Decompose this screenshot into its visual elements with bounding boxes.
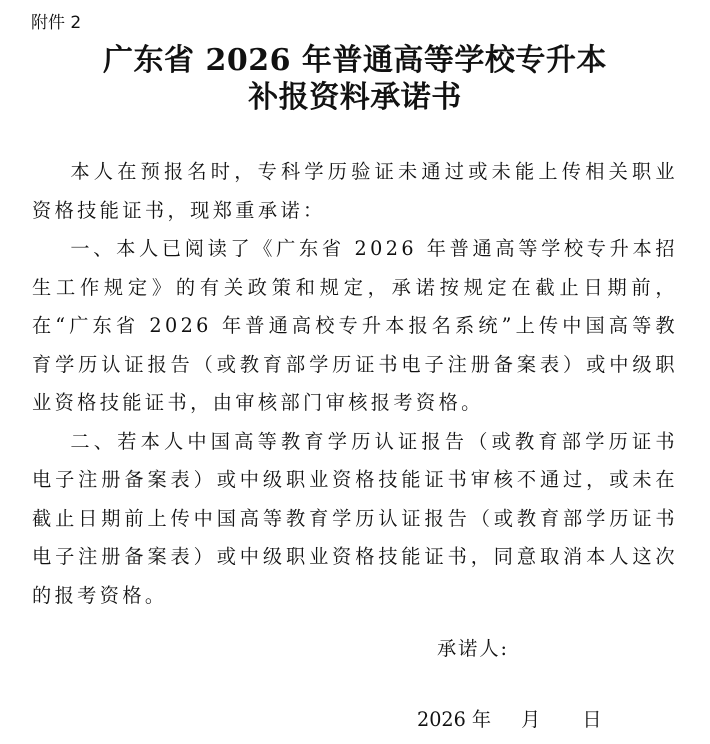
- date-month: 月: [521, 708, 540, 732]
- paragraph-commitment-1: 一、本人已阅读了《广东省 2026 年普通高等学校专升本招生工作规定》的有关政策…: [32, 230, 678, 423]
- document-body: 本人在预报名时，专科学历验证未通过或未能上传相关职业资格技能证书，现郑重承诺： …: [32, 153, 678, 615]
- signer-label: 承诺人:: [437, 637, 509, 661]
- document-title-line-1: 广东省 2026 年普通高等学校专升本: [0, 42, 710, 79]
- paragraph-commitment-2: 二、若本人中国高等教育学历认证报告（或教育部学历证书电子注册备案表）或中级职业资…: [32, 423, 678, 616]
- signature-date: 2026 年月日: [417, 708, 602, 732]
- document-title-line-2: 补报资料承诺书: [0, 79, 710, 116]
- date-year: 2026 年: [417, 708, 491, 732]
- attachment-label: 附件 2: [31, 12, 81, 34]
- date-day: 日: [582, 708, 601, 732]
- paragraph-intro: 本人在预报名时，专科学历验证未通过或未能上传相关职业资格技能证书，现郑重承诺：: [32, 153, 678, 230]
